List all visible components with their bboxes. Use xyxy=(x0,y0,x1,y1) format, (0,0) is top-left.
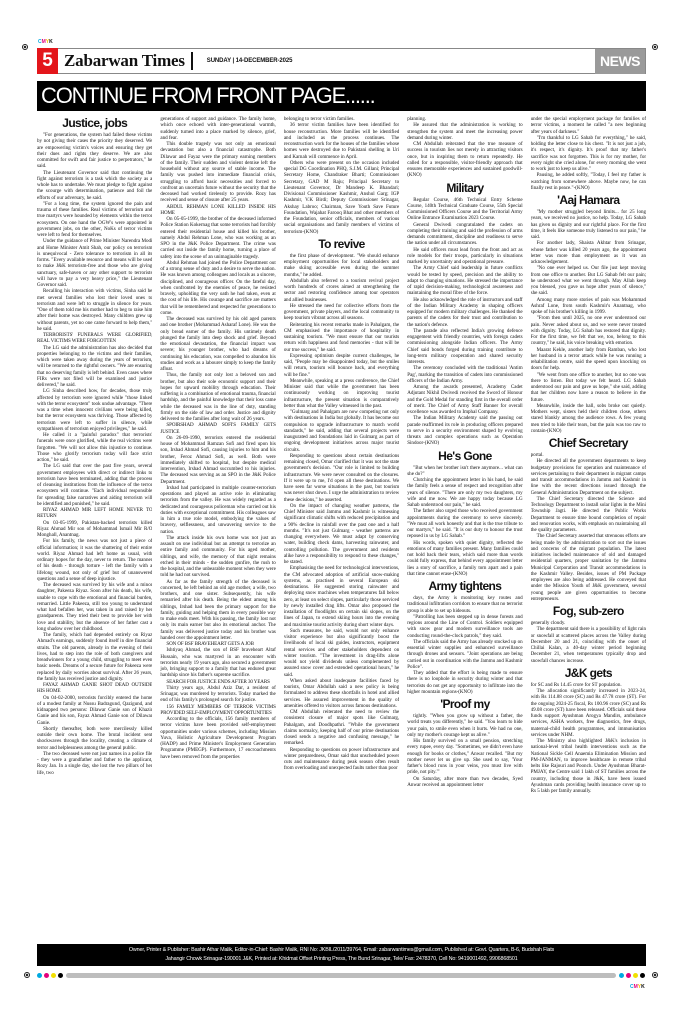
registration-mark-bottom-left xyxy=(24,972,30,978)
article-paragraph: He called it a "painful paradox" that te… xyxy=(37,432,152,463)
article-paragraph: This double tragedy was not only an emot… xyxy=(160,141,275,204)
article-paragraph: Clutching the appointment letter in his … xyxy=(407,477,522,508)
article-paragraph: They added that the effort is being made… xyxy=(407,670,522,695)
article-headline: To revive xyxy=(284,237,399,252)
article-subheading: TERRORISTS' FUNERALS WERE GLORIFIED, REA… xyxy=(37,332,152,345)
article-paragraph: The two deceased were not just names in … xyxy=(37,751,152,776)
article-headline: Chief Secretary xyxy=(531,436,646,451)
imprint-footer: Owner, Printer & Publisher: Bashir Athar… xyxy=(37,944,646,966)
cmyk-label-top: CMYK xyxy=(38,39,53,45)
article-paragraph: Meanwhile, inside the hall, sobs broke o… xyxy=(531,403,646,434)
article-paragraph: For another lady, Shaista Akhtar from Sr… xyxy=(531,240,646,265)
article-paragraph: "Gulmarg and Pahalgam are now competing … xyxy=(284,409,399,453)
article-paragraph: "Patrolling has been stepped up in dense… xyxy=(407,614,522,639)
color-dot-magenta xyxy=(44,973,49,978)
article-headline: Fog, sub-zero xyxy=(531,604,646,619)
article-paragraph: days, the Army is monitoring key routes … xyxy=(407,595,522,614)
article-paragraph: The LG said that over the past five year… xyxy=(37,463,152,507)
column-5: under the special employment package for… xyxy=(531,116,646,936)
page-banner: CONTINUE FROM FRONT PAGE...... xyxy=(37,81,646,111)
article-paragraph: Under the guidance of Prime Minister Nar… xyxy=(37,238,152,288)
paper-name: Zabarwan Times xyxy=(64,52,193,70)
article-subheading: RIYAZ AHMAD MIR LEFT HOME NEVER TO RETUR… xyxy=(37,507,152,520)
article-paragraph: Among many more stories of pain was Moha… xyxy=(531,297,646,316)
column-3: belonging to terror victim families.36 t… xyxy=(284,116,399,936)
imprint-line-2: Jahangir Chowk Srinagar-190001 J&K, Prin… xyxy=(37,955,646,964)
article-paragraph: Such measures, he said, would not only e… xyxy=(284,628,399,678)
article-paragraph: He assured that the administration is wo… xyxy=(407,122,522,141)
color-dot-cyan xyxy=(37,973,42,978)
article-paragraph: Ishtiyaq Ahmad, the son of BSF bravehear… xyxy=(160,647,275,678)
article-paragraph: The Army Chief said leadership in future… xyxy=(407,265,522,296)
article-paragraph: CM Abdullah reiterated the need to revie… xyxy=(284,709,399,747)
article-paragraph: The father also urged those who received… xyxy=(407,508,522,539)
registration-mark-bottom-right xyxy=(652,972,658,978)
article-paragraph: He also acknowledged the role of instruc… xyxy=(407,297,522,328)
article-headline: He's Gone xyxy=(407,449,522,464)
article-paragraph: He said officers must lead from the fron… xyxy=(407,247,522,266)
article-paragraph: The parade also reflected India's growin… xyxy=(407,328,522,366)
article-paragraph: "But when her brother isn't there anymor… xyxy=(407,465,522,478)
section-tag: NEWS xyxy=(595,49,645,74)
article-paragraph: The department said there is a possibili… xyxy=(531,626,646,664)
article-paragraph: Responding to questions on power infrast… xyxy=(284,747,399,772)
article-paragraph: On Saturday, after more than two decades… xyxy=(407,776,522,789)
article-paragraph: On 05-05-1999, the brother of the deceas… xyxy=(160,216,275,260)
article-subheading: ABDUL REHMAN LONE KILLED INSIDE HIS HOME xyxy=(160,204,275,217)
article-paragraph: The deceased was survived by his wife an… xyxy=(37,582,152,632)
article-paragraph: Shortly thereafter, both were mercilessl… xyxy=(37,726,152,751)
article-headline: J&K gets xyxy=(531,666,646,681)
article-paragraph: Regular Course, 46th Technical Entry Sch… xyxy=(407,197,522,222)
article-paragraph: Pausing, he added softly, "Today, I feel… xyxy=(531,172,646,191)
article-paragraph: Recalling his interaction with victims, … xyxy=(37,288,152,332)
article-paragraph: Expressing optimism despite current chal… xyxy=(284,353,399,378)
article-paragraph: The Lieutenant Governor said that contin… xyxy=(37,170,152,201)
article-paragraph: tightly. "When you grow up without a fat… xyxy=(407,713,522,738)
article-paragraph: When asked about inadequate facilities f… xyxy=(284,678,399,709)
registration-mark-top-right xyxy=(652,44,658,50)
article-paragraph: The Chief Secretary directed the Science… xyxy=(531,496,646,534)
column-4: planning.He assured that the administrat… xyxy=(407,116,522,936)
color-dot-magenta-right xyxy=(626,973,631,978)
article-paragraph: 36 terror victim families have been iden… xyxy=(284,122,399,160)
article-paragraph: The Chief Secretary asserted that strenu… xyxy=(531,533,646,602)
article-subheading: 156 FAMILY MEMBERS OF TERROR VICTIMS PRO… xyxy=(160,704,275,717)
article-paragraph: "From then until 2025, no one ever under… xyxy=(531,315,646,346)
article-paragraph: under the special employment package for… xyxy=(531,116,646,135)
article-columns: Justice, jobs"For generations, the syste… xyxy=(37,116,646,936)
article-paragraph: The deceased was survived by his old age… xyxy=(160,316,275,372)
article-paragraph: Reiterating his recent remarks made in P… xyxy=(284,322,399,353)
page-number: 5 xyxy=(37,48,58,74)
article-headline: 'Aaj Hamara xyxy=(531,193,646,208)
article-paragraph: Abdullah also referred to a tourism revi… xyxy=(284,278,399,303)
article-paragraph: According to the officials, 156 family m… xyxy=(160,716,275,760)
article-paragraph: He stressed the need for collective effo… xyxy=(284,303,399,322)
article-paragraph: the first phase of development. "We shou… xyxy=(284,253,399,278)
article-paragraph: His words, spoken with quiet dignity, re… xyxy=(407,540,522,578)
column-1: Justice, jobs"For generations, the syste… xyxy=(37,116,152,936)
article-paragraph: Maarat Kekle, another lady from Ramban, … xyxy=(531,347,646,372)
article-subheading: SEARCH FOR JUSTICE ENDS AFTER 30 YEARS xyxy=(160,679,275,685)
article-paragraph: "No one ever helped us. Our file just ke… xyxy=(531,265,646,296)
article-paragraph: "My mother struggled beyond limits... fo… xyxy=(531,209,646,240)
registration-mark-top-left xyxy=(22,44,28,50)
article-paragraph: Responding to questions about certain de… xyxy=(284,453,399,503)
article-paragraph: His family survived on a small pension, … xyxy=(407,738,522,776)
article-paragraph: Emphasising the need for technological i… xyxy=(284,565,399,628)
article-paragraph: "I'm thankful to LG Sahab for everything… xyxy=(531,135,646,173)
article-paragraph: On 04-02-2000, terrorists forcibly enter… xyxy=(37,695,152,726)
imprint-line-1: Owner, Printer & Publisher: Bashir Athar… xyxy=(37,946,646,955)
article-paragraph: "For a long time, the system ignored the… xyxy=(37,201,152,239)
article-paragraph: CM Abdullah reiterated that the true mea… xyxy=(407,141,522,179)
article-paragraph: Irshad had participated in multiple coun… xyxy=(160,485,275,535)
article-paragraph: generations of support and guidance. The… xyxy=(160,116,275,141)
color-dot-black-right xyxy=(640,973,645,978)
article-paragraph: Meanwhile, speaking at a press conferenc… xyxy=(284,378,399,409)
color-dot-cyan-right xyxy=(619,973,624,978)
article-paragraph: The LG said the administration has also … xyxy=(37,345,152,389)
article-paragraph: The officials said the Army has already … xyxy=(407,639,522,670)
article-subheading: SPOIRSHAD AHMAD SOFI'S FAMILY GETS JUSTI… xyxy=(160,422,275,435)
article-paragraph: Thus, the family not only lost a beloved… xyxy=(160,372,275,422)
article-paragraph: The Ministry also highlighted J&K's incl… xyxy=(531,738,646,794)
article-paragraph: Abdul Rehman had joined the Police Depar… xyxy=(160,260,275,316)
article-paragraph: The ceremony concluded with the traditio… xyxy=(407,365,522,384)
article-paragraph: Among the awards presented, Academy Cade… xyxy=(407,384,522,415)
article-paragraph: As far as the family strength of the dec… xyxy=(160,579,275,642)
article-paragraph: General Dwivedi congratulated the cadets… xyxy=(407,222,522,247)
color-dot-black xyxy=(58,973,63,978)
masthead: 5 Zabarwan Times SUNDAY | 14-DECEMBER-20… xyxy=(37,48,646,74)
article-paragraph: Thirty years ago, Abdul Aziz Dar, a resi… xyxy=(160,685,275,704)
article-paragraph: "For generations, the system had failed … xyxy=(37,132,152,170)
article-paragraph: On the impact of changing weather patter… xyxy=(284,503,399,566)
article-paragraph: For his family, the news was not just a … xyxy=(37,538,152,582)
article-paragraph: He directed all the government departmen… xyxy=(531,458,646,496)
article-paragraph: Others who were present on the occasion … xyxy=(284,160,399,235)
print-color-bar xyxy=(66,973,616,978)
article-subheading: FAYAZ AHMAD GANIE SHOT DEAD OUTSIDE HIS … xyxy=(37,682,152,695)
article-headline: 'Proof my xyxy=(407,697,522,712)
article-paragraph: On 26-09-1990, terrorists entered the re… xyxy=(160,435,275,485)
article-paragraph: The family, which had depended entirely … xyxy=(37,632,152,682)
article-headline: Military xyxy=(407,181,522,196)
article-headline: Justice, jobs xyxy=(37,116,152,131)
article-paragraph: The allocation significantly increased i… xyxy=(531,688,646,738)
article-paragraph: On 03-05-1999, Pakistan-backed terrorist… xyxy=(37,520,152,539)
color-dot-yellow-right xyxy=(633,973,638,978)
article-headline: Army tightens xyxy=(407,579,522,594)
article-paragraph: The Indian Military Academy said the pas… xyxy=(407,415,522,446)
article-paragraph: "We went from one office to another, but… xyxy=(531,372,646,403)
article-paragraph: The attack inside his own home was not j… xyxy=(160,535,275,579)
article-paragraph: LG Sinha described how, for decades, tho… xyxy=(37,388,152,432)
column-2: generations of support and guidance. The… xyxy=(160,116,275,936)
cmyk-label-bottom: CMYK xyxy=(630,984,645,990)
color-dot-yellow xyxy=(51,973,56,978)
issue-date: SUNDAY | 14-DECEMBER-2025 xyxy=(207,58,293,64)
